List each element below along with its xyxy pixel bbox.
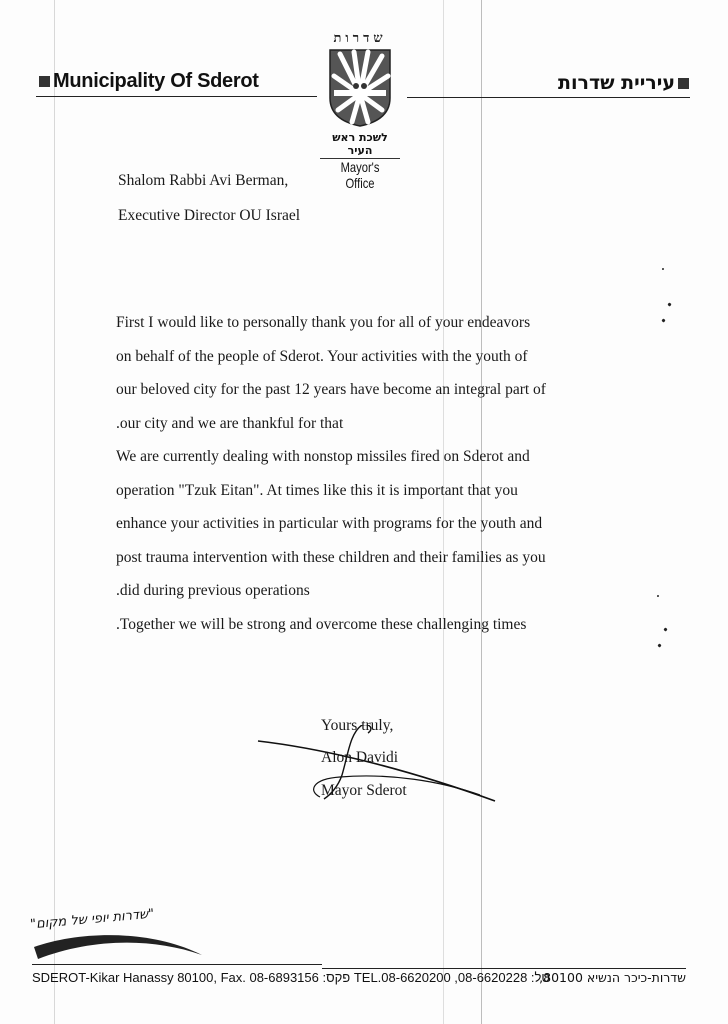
letterhead-title-en: Municipality Of Sderot bbox=[36, 70, 259, 93]
footer-rule bbox=[32, 964, 322, 965]
header-rule-left bbox=[36, 96, 317, 97]
logo-office-he: לשכת ראש העיר bbox=[320, 131, 400, 159]
letterhead-title-he: עיריית שדרות bbox=[558, 72, 692, 94]
scan-speck bbox=[657, 595, 660, 598]
sderot-coat-of-arms-icon bbox=[328, 48, 392, 128]
letterhead-title-en-text: Municipality Of Sderot bbox=[53, 70, 259, 92]
scan-speck bbox=[657, 643, 661, 647]
body-line: post trauma intervention with these chil… bbox=[116, 541, 616, 575]
body-line: First I would like to personally thank y… bbox=[116, 306, 616, 340]
scan-speck bbox=[662, 268, 665, 271]
square-bullet-icon bbox=[678, 78, 689, 89]
footer-rule bbox=[322, 968, 686, 969]
body-line: .did during previous operations bbox=[116, 574, 616, 608]
handwritten-signature-icon bbox=[250, 725, 510, 815]
footer-address-en: SDEROT-Kikar Hanassy 80100, Fax. 08-6893… bbox=[32, 970, 550, 985]
logo-city-name: שדרות bbox=[320, 30, 400, 46]
body-line: our beloved city for the past 12 years h… bbox=[116, 373, 616, 407]
body-line: on behalf of the people of Sderot. Your … bbox=[116, 340, 616, 374]
scan-speck bbox=[661, 318, 665, 322]
slogan-swoosh-icon bbox=[30, 925, 210, 965]
header-rule-right bbox=[407, 97, 690, 98]
letter-body: First I would like to personally thank y… bbox=[116, 306, 616, 641]
body-line: .our city and we are thankful for that bbox=[116, 407, 616, 441]
logo-office-en: Mayor's Office bbox=[328, 159, 392, 191]
body-line: enhance your activities in particular wi… bbox=[116, 507, 616, 541]
recipient-title: Executive Director OU Israel bbox=[118, 207, 300, 225]
body-line: operation "Tzuk Eitan". At times like th… bbox=[116, 474, 616, 508]
body-line: .Together we will be strong and overcome… bbox=[116, 608, 616, 642]
body-line: We are currently dealing with nonstop mi… bbox=[116, 440, 616, 474]
scan-fold-line bbox=[54, 0, 55, 1024]
footer-address-he: שדרות-כיכר הנשיא 80100, bbox=[539, 970, 686, 985]
scan-speck bbox=[667, 302, 671, 306]
municipal-logo: שדרות לשכת ראש העיר Mayor's Office bbox=[320, 30, 400, 191]
scan-speck bbox=[663, 627, 667, 631]
letterhead-title-he-text: עיריית שדרות bbox=[558, 72, 675, 94]
letter-page: Municipality Of Sderot עיריית שדרות שדרו… bbox=[0, 0, 728, 1024]
salutation: Shalom Rabbi Avi Berman, bbox=[118, 172, 288, 190]
square-bullet-icon bbox=[39, 76, 50, 87]
